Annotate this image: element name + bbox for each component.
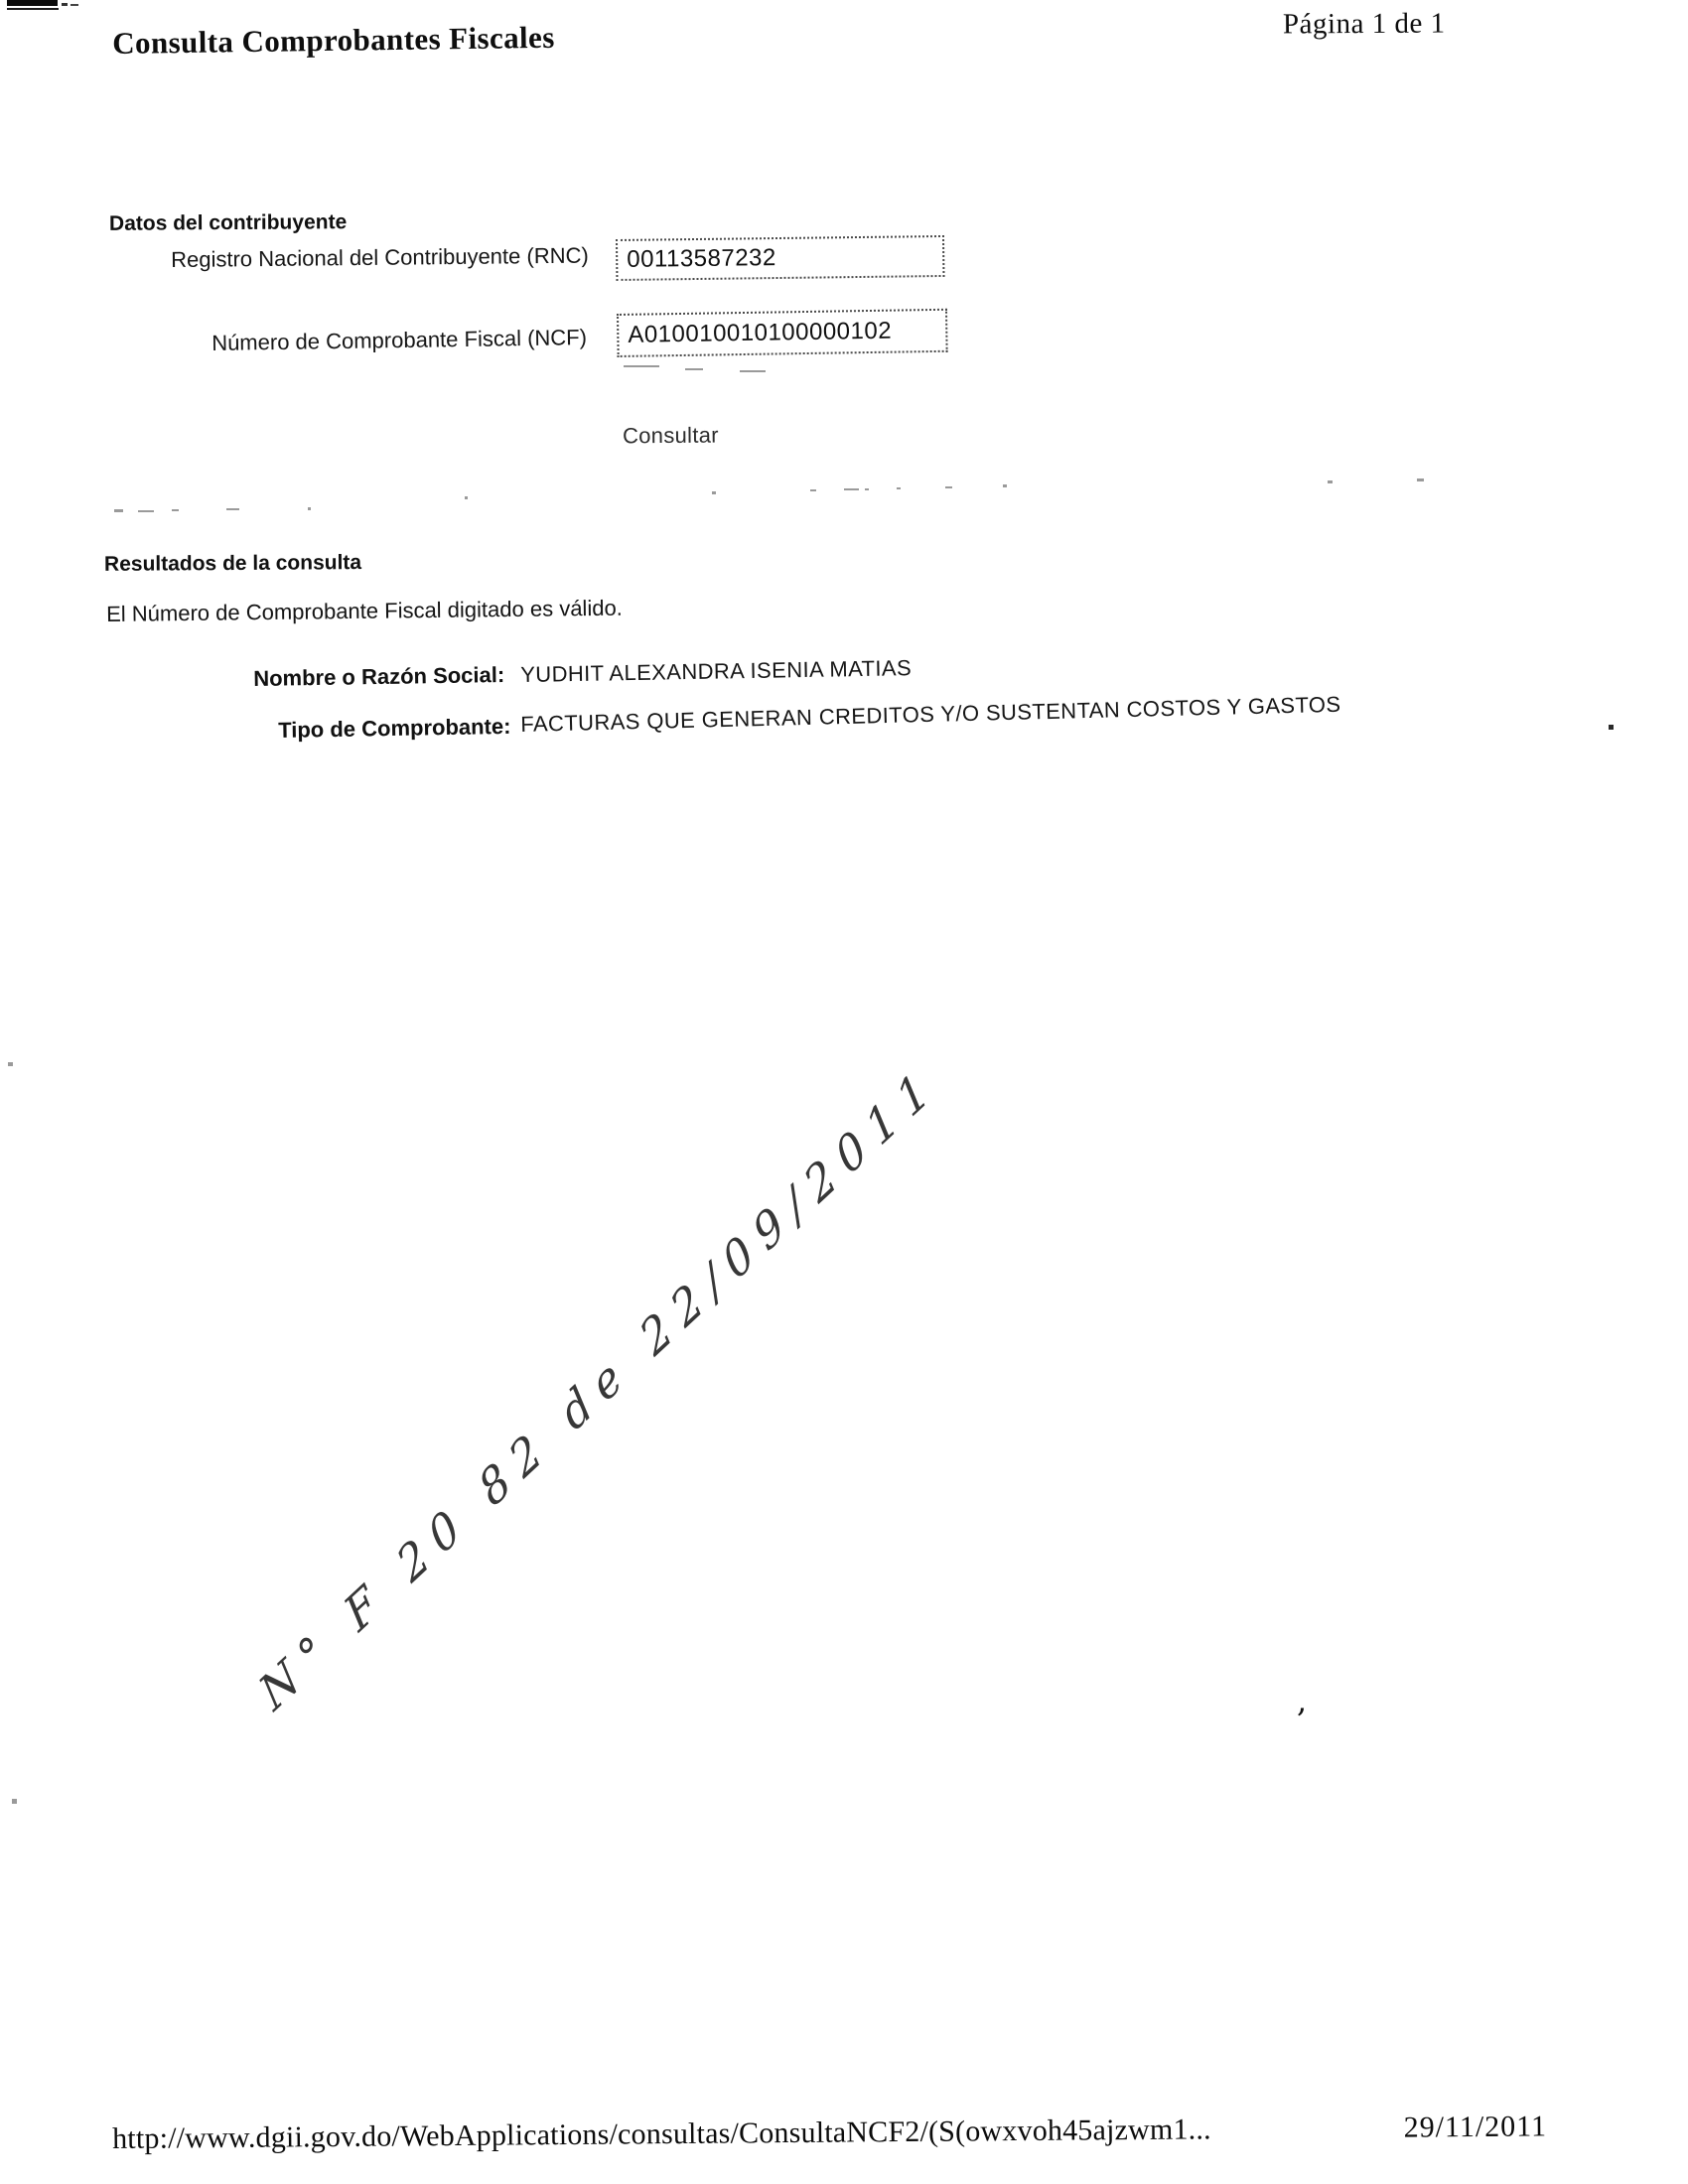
scan-speck bbox=[1003, 484, 1007, 487]
scan-speck bbox=[62, 3, 68, 6]
scan-speck bbox=[810, 489, 816, 491]
scan-speck bbox=[172, 509, 179, 511]
scan-speck bbox=[740, 370, 766, 372]
scan-speck bbox=[685, 368, 703, 370]
scan-speck bbox=[12, 1799, 17, 1804]
scan-speck bbox=[8, 1062, 13, 1066]
type-label: Tipo de Comprobante: bbox=[278, 714, 511, 744]
scan-speck bbox=[114, 509, 123, 512]
footer-url: http://www.dgii.gov.do/WebApplications/c… bbox=[112, 2113, 1211, 2156]
scan-speck bbox=[945, 486, 952, 488]
print-footer: http://www.dgii.gov.do/WebApplications/c… bbox=[112, 2110, 1547, 2156]
scan-speck bbox=[465, 496, 468, 499]
scan-speck bbox=[1417, 478, 1424, 481]
consultar-button[interactable]: Consultar bbox=[623, 423, 719, 450]
scan-speck bbox=[70, 4, 78, 6]
scan-speck bbox=[844, 488, 859, 490]
page-title: Consulta Comprobantes Fiscales bbox=[112, 20, 555, 62]
ncf-field-label: Número de Comprobante Fiscal (NCF) bbox=[211, 325, 587, 356]
footer-date: 29/11/2011 bbox=[1403, 2110, 1547, 2144]
scan-speck bbox=[138, 510, 154, 512]
ncf-input[interactable]: A010010010100000102 bbox=[617, 309, 948, 357]
scan-corner-mark bbox=[7, 0, 58, 6]
section-title-datos: Datos del contribuyente bbox=[109, 210, 347, 236]
scan-speck bbox=[624, 365, 659, 367]
rnc-input[interactable]: 00113587232 bbox=[616, 235, 944, 281]
handwritten-note: N° F 20 82 de 22/09/2011 bbox=[250, 1053, 947, 1721]
name-value: YUDHIT ALEXANDRA ISENIA MATIAS bbox=[520, 655, 912, 688]
type-value: FACTURAS QUE GENERAN CREDITOS Y/O SUSTEN… bbox=[520, 692, 1341, 738]
page-number: Página 1 de 1 bbox=[1283, 8, 1446, 42]
scan-speck bbox=[712, 491, 716, 494]
scanned-print-page: { "page": { "title": "Consulta Comproban… bbox=[0, 0, 1688, 2184]
scan-speck bbox=[897, 487, 901, 489]
section-title-resultados: Resultados de la consulta bbox=[104, 551, 361, 577]
scan-speck bbox=[1609, 725, 1614, 730]
rnc-field-label: Registro Nacional del Contribuyente (RNC… bbox=[171, 243, 589, 273]
scan-speck bbox=[865, 488, 869, 490]
name-label: Nombre o Razón Social: bbox=[253, 662, 504, 692]
scan-speck bbox=[1328, 480, 1333, 483]
scan-speck bbox=[308, 507, 311, 510]
scan-corner-line bbox=[7, 8, 59, 10]
rnc-input-value: 00113587232 bbox=[627, 244, 776, 274]
validity-message: El Número de Comprobante Fiscal digitado… bbox=[106, 596, 623, 627]
ncf-input-value: A010010010100000102 bbox=[628, 318, 892, 349]
scan-speck bbox=[226, 508, 239, 510]
scan-comma-mark: , bbox=[1297, 1682, 1307, 1719]
